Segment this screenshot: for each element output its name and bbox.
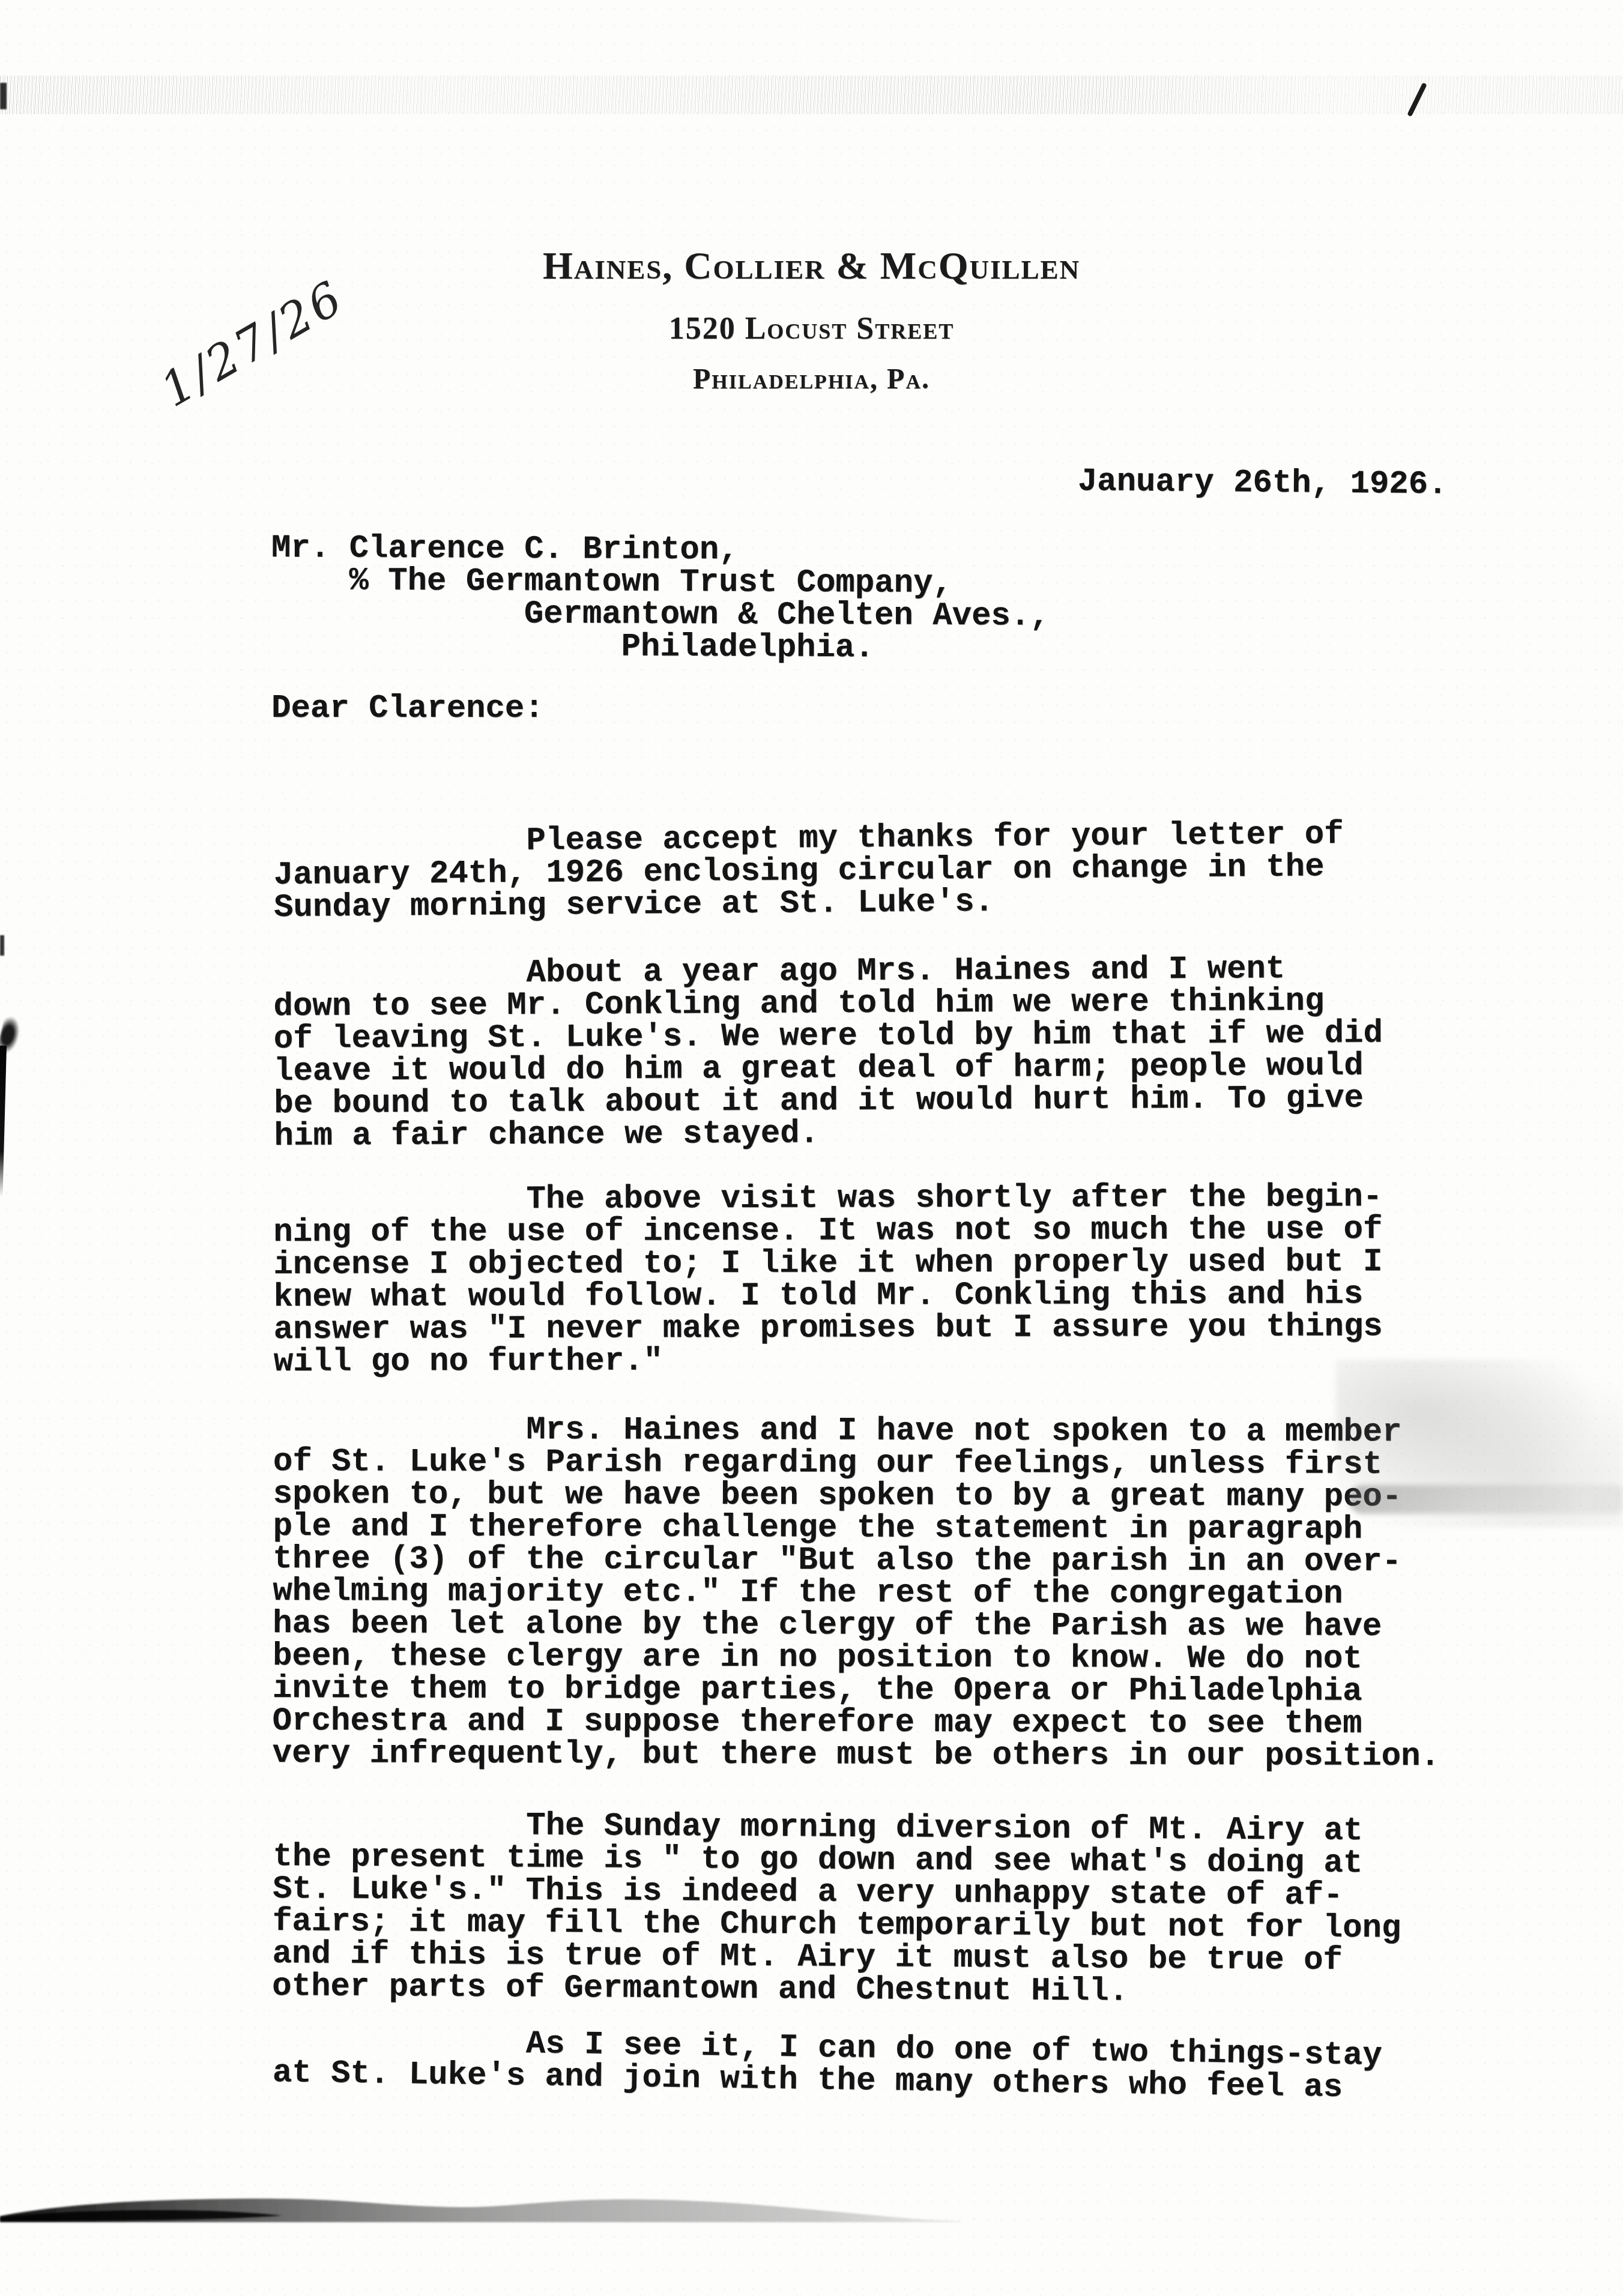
letter-paragraph: As I see it, I can do one of two things-… <box>272 2025 1382 2105</box>
letter-paragraph: The Sunday morning diversion of Mt. Airy… <box>272 1809 1401 2010</box>
letter-paragraph: The above visit was shortly after the be… <box>273 1181 1383 1379</box>
scan-smudge-bottom <box>0 2183 961 2231</box>
salutation: Dear Clarence: <box>271 693 544 725</box>
letter-date: January 26th, 1926. <box>1078 466 1448 501</box>
letter-page: Haines, Collier & McQuillen 1520 Locust … <box>0 0 1623 2296</box>
scan-edge-strip <box>0 1046 7 1197</box>
scan-smudge-streak <box>1349 1485 1623 1514</box>
scan-edge-mark-top <box>0 83 7 109</box>
letter-paragraph: Please accept my thanks for your letter … <box>273 819 1344 924</box>
scan-edge-mark <box>0 935 4 956</box>
scan-noise-band <box>0 76 1623 114</box>
letter-paragraph: About a year ago Mrs. Haines and I went … <box>273 953 1383 1153</box>
bottom-smudge-graphic <box>0 2183 961 2231</box>
recipient-address: Mr. Clarence C. Brinton, % The Germantow… <box>271 532 1050 666</box>
letterhead-company: Haines, Collier & McQuillen <box>0 244 1623 288</box>
letter-paragraph: Mrs. Haines and I have not spoken to a m… <box>272 1414 1440 1773</box>
